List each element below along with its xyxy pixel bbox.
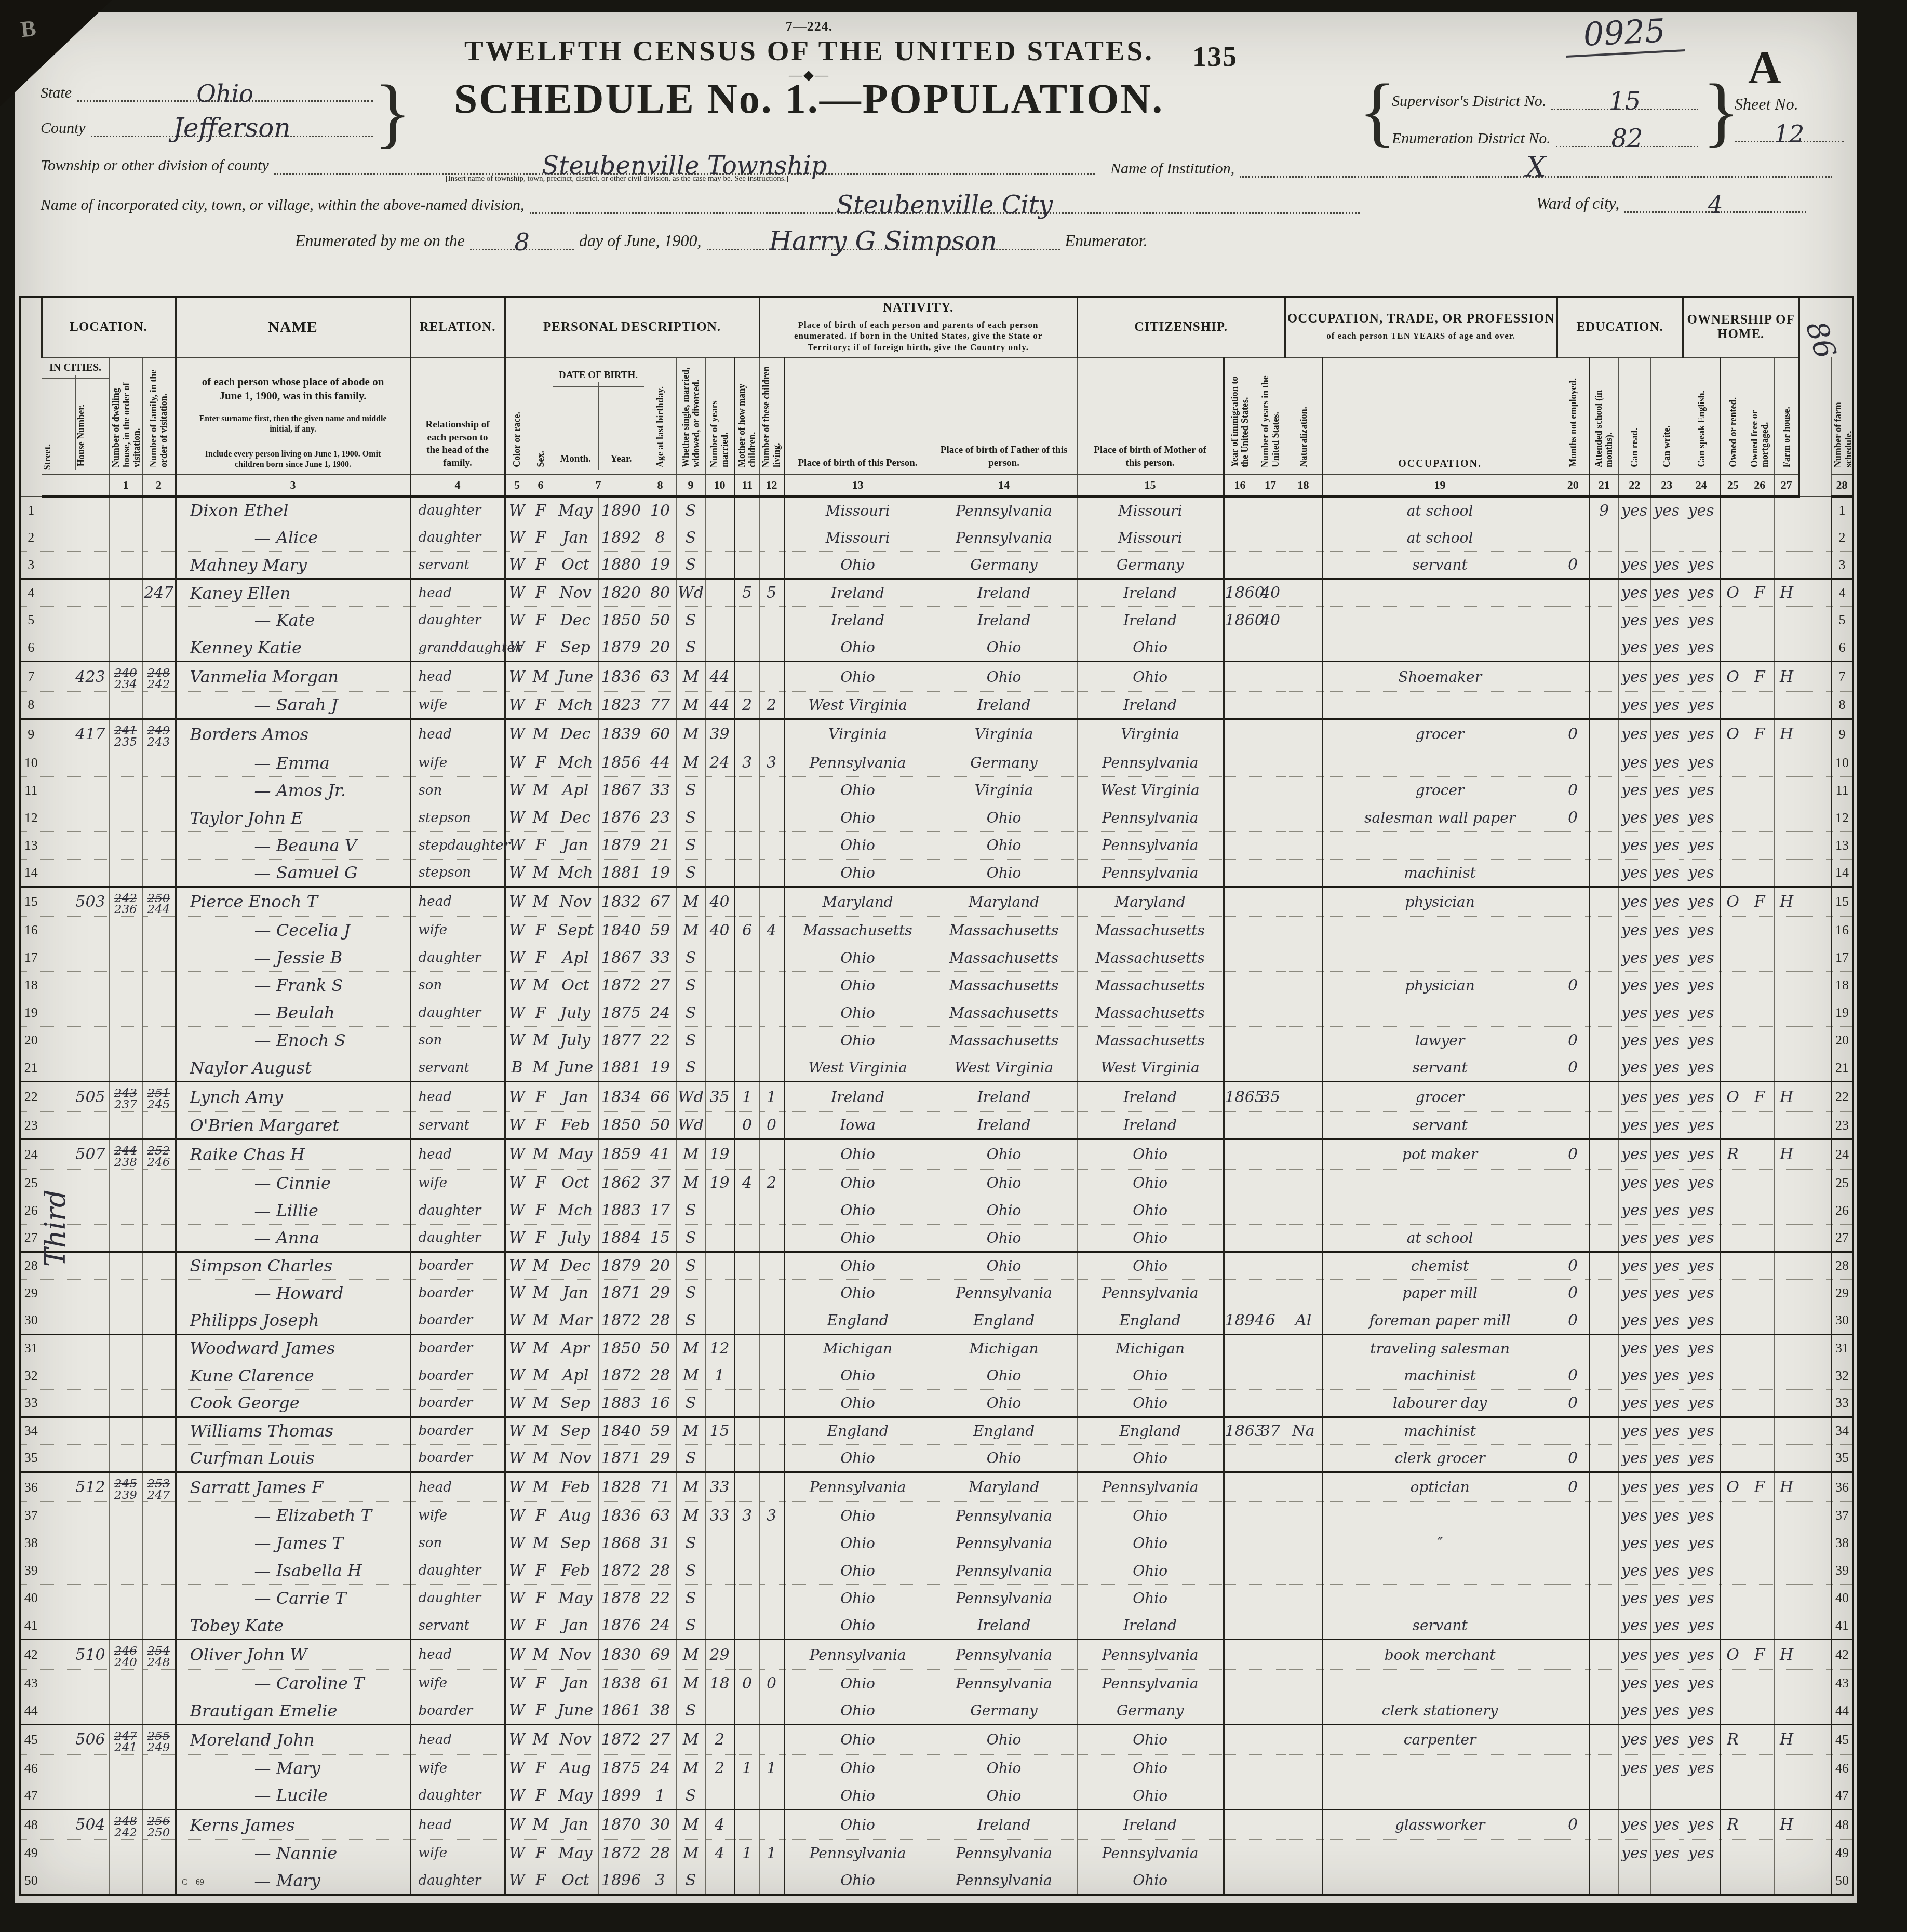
- cell-h: [1774, 1444, 1799, 1472]
- cell-im: [1224, 662, 1256, 692]
- cell-rel: wife: [410, 1840, 505, 1867]
- cell-yu: [1256, 1840, 1285, 1867]
- cell-occ: [1322, 944, 1557, 972]
- person-row: 49— NanniewifeWFMay187228M411Pennsylvani…: [20, 1840, 1853, 1867]
- cell-o: [1720, 999, 1745, 1027]
- cell-s: M: [529, 1530, 553, 1557]
- cell-pm: Pennsylvania: [1077, 831, 1224, 859]
- cell-mo: May: [553, 1782, 598, 1809]
- cell-na: [1285, 1139, 1322, 1170]
- cell-na: [1285, 1640, 1322, 1670]
- cell-ym: [705, 1585, 734, 1612]
- cell-house: [72, 1054, 109, 1082]
- cell-pf: Pennsylvania: [931, 1585, 1077, 1612]
- cell-mu: [1557, 1502, 1589, 1530]
- cell-wr: yes: [1650, 776, 1683, 804]
- cell-c: W: [505, 1307, 529, 1334]
- cell-yu: [1256, 1754, 1285, 1782]
- cell-na: [1285, 804, 1322, 831]
- county-value: Jefferson: [173, 116, 291, 140]
- row-number: 23: [1831, 1112, 1853, 1139]
- row-number: 14: [20, 859, 42, 887]
- cell-age: 19: [644, 1054, 676, 1082]
- cell-o: [1720, 607, 1745, 634]
- cell-o: [1720, 1754, 1745, 1782]
- cell-en: yes: [1683, 1472, 1720, 1502]
- cell-mu: [1557, 1169, 1589, 1197]
- row-number: 24: [1831, 1139, 1853, 1170]
- row-number: 47: [1831, 1782, 1853, 1809]
- cell-yr: 1867: [598, 776, 644, 804]
- colnum: 2: [142, 475, 176, 497]
- cell-ch: [734, 1139, 759, 1170]
- cell-fam: [142, 1112, 176, 1139]
- cell-m: M: [676, 1334, 705, 1362]
- cell-na: [1285, 944, 1322, 972]
- cell-name: Cook George: [176, 1389, 410, 1417]
- cell-fam: [142, 999, 176, 1027]
- cell-fs: [1799, 691, 1831, 719]
- cell-age: 77: [644, 691, 676, 719]
- cell-sc: [1589, 1252, 1618, 1279]
- cell-wr: [1650, 1867, 1683, 1895]
- cell-o: [1720, 1867, 1745, 1895]
- cell-yr: 1840: [598, 917, 644, 944]
- cell-yu: [1256, 804, 1285, 831]
- cell-yr: 1884: [598, 1224, 644, 1252]
- cell-name: Kenney Katie: [176, 634, 410, 662]
- cell-o: O: [1720, 579, 1745, 607]
- cell-rel: boarder: [410, 1279, 505, 1307]
- cell-ch: [734, 1557, 759, 1585]
- cell-s: F: [529, 944, 553, 972]
- cell-house: [72, 634, 109, 662]
- row-number: 44: [20, 1697, 42, 1725]
- cell-pf: Ohio: [931, 1139, 1077, 1170]
- cell-ym: 15: [705, 1417, 734, 1444]
- cell-pf: Ireland: [931, 1082, 1077, 1112]
- cell-h: [1774, 1867, 1799, 1895]
- cell-occ: grocer: [1322, 1082, 1557, 1112]
- cell-occ: lawyer: [1322, 1027, 1557, 1054]
- cell-sc: [1589, 1840, 1618, 1867]
- cell-im: [1224, 1840, 1256, 1867]
- cell-rel: daughter: [410, 497, 505, 524]
- cell-ch: [734, 1782, 759, 1809]
- cell-lv: [759, 1197, 784, 1224]
- cell-name: — Isabella H: [176, 1557, 410, 1585]
- cell-f: [1745, 1307, 1774, 1334]
- cell-house: [72, 1502, 109, 1530]
- cell-s: M: [529, 1054, 553, 1082]
- cell-m: S: [676, 859, 705, 887]
- cell-s: F: [529, 1585, 553, 1612]
- person-row: 40— Carrie TdaughterWFMay187822SOhioPenn…: [20, 1585, 1853, 1612]
- cell-m: S: [676, 1867, 705, 1895]
- col-occupation-label: OCCUPATION.: [1322, 357, 1557, 475]
- cell-pf: Maryland: [931, 887, 1077, 917]
- cell-occ: labourer day: [1322, 1389, 1557, 1417]
- cell-mo: June: [553, 1697, 598, 1725]
- cell-en: yes: [1683, 607, 1720, 634]
- cell-wr: yes: [1650, 497, 1683, 524]
- cell-m: M: [676, 1754, 705, 1782]
- colnum: 4: [410, 475, 505, 497]
- row-number: 40: [1831, 1585, 1853, 1612]
- cell-mo: Apl: [553, 776, 598, 804]
- cell-fam: [142, 552, 176, 579]
- cell-name: Kaney Ellen: [176, 579, 410, 607]
- cell-sc: [1589, 1725, 1618, 1755]
- cell-name: Lynch Amy: [176, 1082, 410, 1112]
- cell-fs: [1799, 1112, 1831, 1139]
- cell-h: [1774, 1197, 1799, 1224]
- cell-ch: [734, 944, 759, 972]
- cell-fam: [142, 1417, 176, 1444]
- cell-house: [72, 1362, 109, 1389]
- cell-age: 29: [644, 1279, 676, 1307]
- cell-pb: Massachusetts: [784, 917, 931, 944]
- row-number: 20: [1831, 1027, 1853, 1054]
- cell-fs: [1799, 1502, 1831, 1530]
- cell-en: yes: [1683, 1697, 1720, 1725]
- cell-f: [1745, 1725, 1774, 1755]
- cell-rel: wife: [410, 1754, 505, 1782]
- township-value: Steubenville Township: [542, 155, 827, 177]
- cell-im: [1224, 634, 1256, 662]
- cell-s: F: [529, 1670, 553, 1697]
- cell-f: [1745, 691, 1774, 719]
- cell-h: [1774, 776, 1799, 804]
- cell-o: O: [1720, 1082, 1745, 1112]
- cell-mu: 0: [1557, 1307, 1589, 1334]
- cell-mu: [1557, 887, 1589, 917]
- cell-s: F: [529, 607, 553, 634]
- col-naturalization-label: Naturalization.: [1285, 357, 1322, 475]
- cell-lv: 4: [759, 917, 784, 944]
- cell-mu: 0: [1557, 719, 1589, 749]
- cell-h: [1774, 1054, 1799, 1082]
- cell-im: [1224, 552, 1256, 579]
- cell-fam: [142, 1867, 176, 1895]
- cell-yu: [1256, 719, 1285, 749]
- cell-rel: daughter: [410, 1867, 505, 1895]
- cell-ym: 2: [705, 1725, 734, 1755]
- cell-o: [1720, 1502, 1745, 1530]
- cell-yr: 1870: [598, 1809, 644, 1840]
- sheet-no-field: 12: [1735, 119, 1844, 142]
- cell-pf: Ohio: [931, 804, 1077, 831]
- cell-age: 16: [644, 1389, 676, 1417]
- cell-o: [1720, 1585, 1745, 1612]
- colnum: 9: [676, 475, 705, 497]
- cell-mu: [1557, 1334, 1589, 1362]
- cell-pb: Ohio: [784, 1169, 931, 1197]
- cell-m: S: [676, 1389, 705, 1417]
- cell-rel: daughter: [410, 1197, 505, 1224]
- cell-dw: [109, 944, 142, 972]
- person-row: 25Third— CinniewifeWFOct186237M1942OhioO…: [20, 1169, 1853, 1197]
- cell-mu: [1557, 1640, 1589, 1670]
- cell-wr: yes: [1650, 804, 1683, 831]
- cell-pm: Ohio: [1077, 1362, 1224, 1389]
- cell-en: yes: [1683, 859, 1720, 887]
- cell-yu: [1256, 972, 1285, 999]
- cell-rd: yes: [1618, 1530, 1650, 1557]
- cell-house: [72, 552, 109, 579]
- cell-pb: Ohio: [784, 1027, 931, 1054]
- colnum: 27: [1774, 475, 1799, 497]
- cell-pm: West Virginia: [1077, 1054, 1224, 1082]
- cell-yr: 1872: [598, 1307, 644, 1334]
- row-number: 3: [1831, 552, 1853, 579]
- cell-sc: [1589, 1112, 1618, 1139]
- cell-name: — Amos Jr.: [176, 776, 410, 804]
- cell-name: — Frank S: [176, 972, 410, 999]
- cell-pm: Massachusetts: [1077, 917, 1224, 944]
- cell-st: [42, 1027, 72, 1054]
- cell-fam: [142, 1840, 176, 1867]
- cell-yr: 1878: [598, 1585, 644, 1612]
- cell-im: [1224, 999, 1256, 1027]
- person-row: 10— EmmawifeWFMch185644M2433Pennsylvania…: [20, 749, 1853, 776]
- cell-c: W: [505, 1472, 529, 1502]
- cell-mo: Sep: [553, 1417, 598, 1444]
- cell-name: — Caroline T: [176, 1670, 410, 1697]
- row-number: 43: [1831, 1670, 1853, 1697]
- person-row: 14— Samuel GstepsonWMMch188119SOhioOhioP…: [20, 859, 1853, 887]
- cell-yu: [1256, 1697, 1285, 1725]
- cell-wr: yes: [1650, 691, 1683, 719]
- cell-ch: [734, 776, 759, 804]
- person-row: 37— Elizabeth TwifeWFAug183663M3333OhioP…: [20, 1502, 1853, 1530]
- cell-mu: [1557, 1530, 1589, 1557]
- cell-pb: Ohio: [784, 831, 931, 859]
- cell-rd: yes: [1618, 1697, 1650, 1725]
- cell-fam: [142, 1502, 176, 1530]
- cell-pm: Pennsylvania: [1077, 1279, 1224, 1307]
- cell-f: [1745, 1444, 1774, 1472]
- cell-rel: wife: [410, 1502, 505, 1530]
- column-numbers-row: 1 2 3 4 5 6 7 8 9 10 11 12 13 14 15 16 1: [20, 475, 1853, 497]
- cell-dw: [109, 1362, 142, 1389]
- cell-occ: pot maker: [1322, 1139, 1557, 1170]
- cell-m: M: [676, 662, 705, 692]
- cell-ch: 1: [734, 1840, 759, 1867]
- cell-st: [42, 1782, 72, 1809]
- cell-house: [72, 917, 109, 944]
- cell-yu: [1256, 691, 1285, 719]
- cell-m: S: [676, 1027, 705, 1054]
- cell-wr: yes: [1650, 1279, 1683, 1307]
- cell-ch: [734, 607, 759, 634]
- cell-house: 417: [72, 719, 109, 749]
- cell-house: 506: [72, 1725, 109, 1755]
- cell-age: 38: [644, 1697, 676, 1725]
- colnum: 17: [1256, 475, 1285, 497]
- cell-wr: yes: [1650, 1725, 1683, 1755]
- cell-c: W: [505, 1754, 529, 1782]
- cell-st: [42, 749, 72, 776]
- cell-h: [1774, 1697, 1799, 1725]
- cell-im: [1224, 1169, 1256, 1197]
- cell-fam: [142, 1585, 176, 1612]
- left-brace: }: [374, 74, 411, 152]
- cell-wr: yes: [1650, 1612, 1683, 1640]
- cell-age: 63: [644, 662, 676, 692]
- cell-m: S: [676, 804, 705, 831]
- colnum: 10: [705, 475, 734, 497]
- cell-im: [1224, 1224, 1256, 1252]
- cell-pf: Massachusetts: [931, 917, 1077, 944]
- cell-occ: book merchant: [1322, 1640, 1557, 1670]
- cell-s: F: [529, 497, 553, 524]
- cell-st: [42, 691, 72, 719]
- cell-fam: [142, 917, 176, 944]
- cell-yu: [1256, 917, 1285, 944]
- row-number: 32: [20, 1362, 42, 1389]
- cell-fs: [1799, 1444, 1831, 1472]
- cell-rd: yes: [1618, 497, 1650, 524]
- cell-s: M: [529, 1389, 553, 1417]
- cell-name: — Mary: [176, 1867, 410, 1895]
- cell-yr: 1850: [598, 607, 644, 634]
- cell-mo: Mar: [553, 1307, 598, 1334]
- cell-f: F: [1745, 1640, 1774, 1670]
- cell-st: [42, 1754, 72, 1782]
- cell-en: yes: [1683, 497, 1720, 524]
- city-label: Name of incorporated city, town, or vill…: [41, 196, 525, 214]
- cell-age: 17: [644, 1197, 676, 1224]
- cell-fs: [1799, 634, 1831, 662]
- cell-im: 1860: [1224, 607, 1256, 634]
- cell-fs: [1799, 579, 1831, 607]
- cell-yr: 1871: [598, 1279, 644, 1307]
- cell-mu: 0: [1557, 1444, 1589, 1472]
- cell-lv: 2: [759, 691, 784, 719]
- cell-st: [42, 1444, 72, 1472]
- cell-sc: [1589, 524, 1618, 552]
- row-number: 27: [1831, 1224, 1853, 1252]
- cell-mo: Sep: [553, 634, 598, 662]
- cell-c: W: [505, 1585, 529, 1612]
- person-row: 8— Sarah JwifeWFMch182377M4422West Virgi…: [20, 691, 1853, 719]
- cell-lv: [759, 1782, 784, 1809]
- cell-ym: 4: [705, 1840, 734, 1867]
- cell-mo: June: [553, 662, 598, 692]
- cell-o: O: [1720, 662, 1745, 692]
- cell-name: — Mary: [176, 1754, 410, 1782]
- cell-h: [1774, 917, 1799, 944]
- cell-mo: May: [553, 1585, 598, 1612]
- row-number: 41: [1831, 1612, 1853, 1640]
- cell-yu: [1256, 1530, 1285, 1557]
- person-row: 42510246240254248Oliver John WheadWMNov1…: [20, 1640, 1853, 1670]
- person-row: 12Taylor John EstepsonWMDec187623SOhioOh…: [20, 804, 1853, 831]
- cell-yr: 1868: [598, 1530, 644, 1557]
- cell-mo: July: [553, 1027, 598, 1054]
- cell-pf: England: [931, 1417, 1077, 1444]
- cell-o: [1720, 634, 1745, 662]
- cell-rd: yes: [1618, 776, 1650, 804]
- cell-s: F: [529, 1840, 553, 1867]
- cell-yr: 1859: [598, 1139, 644, 1170]
- institution-mark: X: [1526, 155, 1546, 180]
- person-row: 45506247241255249Moreland JohnheadWMNov1…: [20, 1725, 1853, 1755]
- cell-im: [1224, 1612, 1256, 1640]
- cell-occ: [1322, 1502, 1557, 1530]
- cell-na: [1285, 1444, 1322, 1472]
- cell-c: W: [505, 1612, 529, 1640]
- cell-fam: [142, 634, 176, 662]
- cell-fs: [1799, 1725, 1831, 1755]
- cell-na: [1285, 1334, 1322, 1362]
- row-number: 38: [20, 1530, 42, 1557]
- cell-age: 50: [644, 1112, 676, 1139]
- col-color-label: Color or race.: [505, 357, 529, 475]
- cell-en: yes: [1683, 1725, 1720, 1755]
- cell-age: 59: [644, 917, 676, 944]
- cell-en: yes: [1683, 749, 1720, 776]
- occupation-title: OCCUPATION, TRADE, OR PROFESSION: [1287, 312, 1555, 326]
- cell-c: W: [505, 497, 529, 524]
- cell-rd: yes: [1618, 691, 1650, 719]
- row-number: 28: [1831, 1252, 1853, 1279]
- cell-fs: [1799, 859, 1831, 887]
- cell-en: yes: [1683, 1640, 1720, 1670]
- cell-house: [72, 944, 109, 972]
- cell-age: 10: [644, 497, 676, 524]
- cell-pb: Ohio: [784, 1585, 931, 1612]
- cell-s: F: [529, 552, 553, 579]
- cell-yr: 1862: [598, 1169, 644, 1197]
- cell-dw: [109, 1502, 142, 1530]
- cell-o: [1720, 1112, 1745, 1139]
- cell-o: [1720, 1169, 1745, 1197]
- cell-fam: [142, 804, 176, 831]
- dob-cell: DATE OF BIRTH. Month. Year.: [553, 357, 644, 475]
- cell-pm: Pennsylvania: [1077, 749, 1224, 776]
- cell-dw: [109, 749, 142, 776]
- cell-lv: [759, 719, 784, 749]
- cell-dw: [109, 1307, 142, 1334]
- cell-im: [1224, 1112, 1256, 1139]
- cell-pb: Ohio: [784, 1197, 931, 1224]
- cell-ch: [734, 1334, 759, 1362]
- cell-na: Al: [1285, 1307, 1322, 1334]
- cell-rd: [1618, 524, 1650, 552]
- cell-occ: paper mill: [1322, 1279, 1557, 1307]
- cell-rel: daughter: [410, 944, 505, 972]
- cell-h: H: [1774, 1082, 1799, 1112]
- cell-name: Simpson Charles: [176, 1252, 410, 1279]
- cell-rel: daughter: [410, 1557, 505, 1585]
- cell-c: W: [505, 1809, 529, 1840]
- person-row: 5— KatedaughterWFDec185050SIrelandIrelan…: [20, 607, 1853, 634]
- cell-s: F: [529, 1112, 553, 1139]
- cell-na: [1285, 776, 1322, 804]
- cell-m: S: [676, 1197, 705, 1224]
- cell-c: W: [505, 607, 529, 634]
- cell-o: [1720, 552, 1745, 579]
- name-desc-2: Enter surname first, then the given name…: [192, 414, 394, 435]
- cell-c: W: [505, 1502, 529, 1530]
- cell-en: yes: [1683, 1362, 1720, 1389]
- cell-house: [72, 1867, 109, 1895]
- cell-rel: wife: [410, 749, 505, 776]
- cell-house: 423: [72, 662, 109, 692]
- person-row: 35Curfman LouisboarderWMNov187129SOhioOh…: [20, 1444, 1853, 1472]
